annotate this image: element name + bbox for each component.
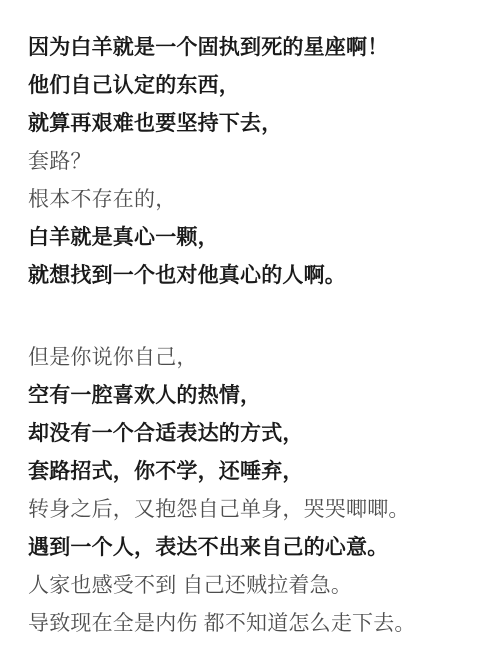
text-line: 转身之后，又抱怨自己单身，哭哭唧唧。 (28, 491, 490, 529)
text-line: 但是你说你自己， (28, 339, 490, 377)
paragraph-2: 但是你说你自己， 空有一腔喜欢人的热情， 却没有一个合适表达的方式， 套路招式，… (28, 339, 490, 643)
text-line: 人家也感受不到 自己还贼拉着急。 (28, 567, 490, 605)
text-line: 导致现在全是内伤 都不知道怎么走下去。 (28, 605, 490, 643)
text-line: 他们自己认定的东西， (28, 67, 490, 105)
text-line: 却没有一个合适表达的方式， (28, 415, 490, 453)
text-line: 就算再艰难也要坚持下去， (28, 105, 490, 143)
text-line: 根本不存在的， (28, 181, 490, 219)
text-line: 白羊就是真心一颗， (28, 219, 490, 257)
text-line: 套路？ (28, 143, 490, 181)
text-line: 遇到一个人，表达不出来自己的心意。 (28, 529, 490, 567)
text-line: 空有一腔喜欢人的热情， (28, 377, 490, 415)
text-line: 因为白羊就是一个固执到死的星座啊！ (28, 29, 490, 67)
text-line: 就想找到一个也对他真心的人啊。 (28, 257, 490, 295)
paragraph-1: 因为白羊就是一个固执到死的星座啊！ 他们自己认定的东西， 就算再艰难也要坚持下去… (28, 29, 490, 295)
text-line: 套路招式，你不学，还唾弃， (28, 453, 490, 491)
text-post-page: 因为白羊就是一个固执到死的星座啊！ 他们自己认定的东西， 就算再艰难也要坚持下去… (0, 0, 500, 670)
